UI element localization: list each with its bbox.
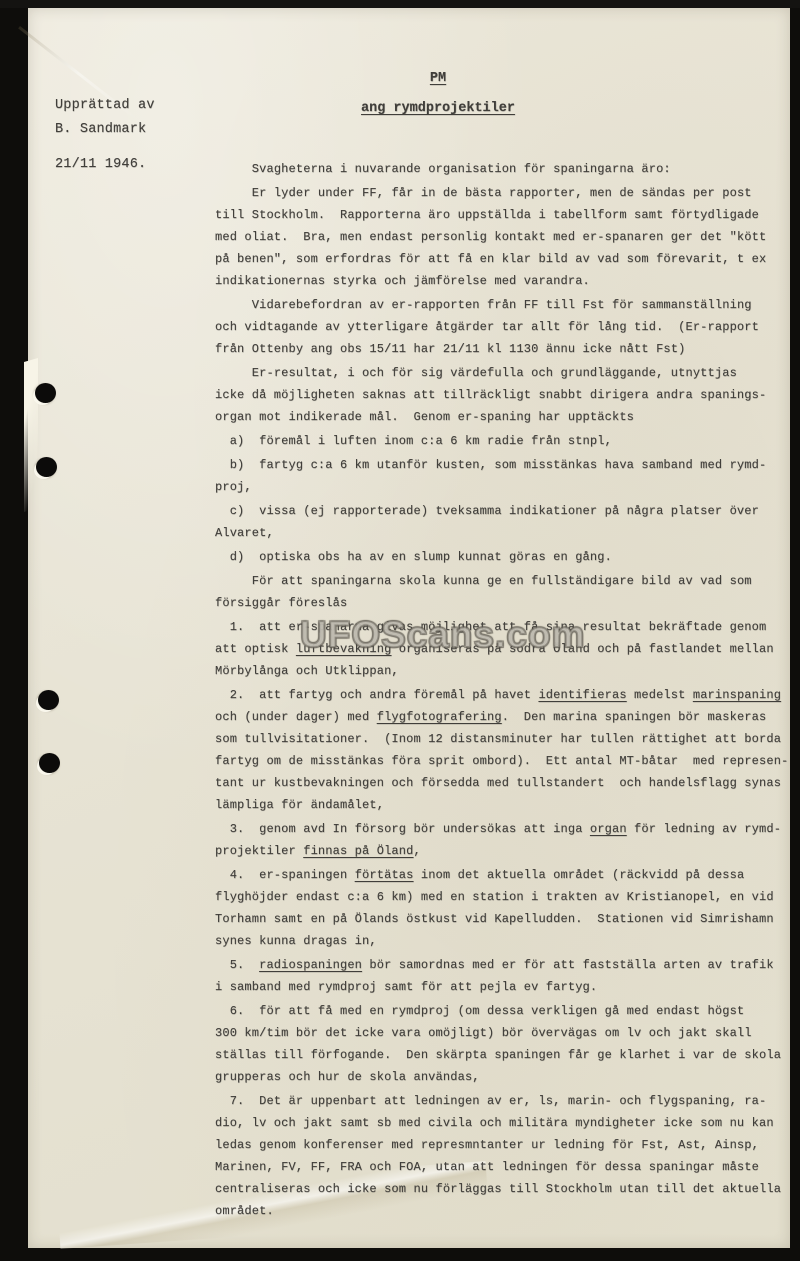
paper-tear [24, 358, 38, 512]
text-run: 4. er-spaningen [215, 868, 355, 882]
paragraph: 7. Det är uppenbart att ledningen av er,… [215, 1090, 800, 1222]
underlined-text: förtätas [355, 868, 414, 882]
scan-background: { "header": { "prepared_by_label": "Uppr… [0, 0, 800, 1261]
text-run: medelst [627, 688, 693, 702]
punch-hole [36, 457, 57, 477]
underlined-text: radiospaningen [259, 958, 362, 972]
document-date: 21/11 1946. [55, 153, 155, 177]
text-run: 5. [215, 958, 259, 972]
text-run: Er lyder under FF, får in de bästa rappo… [215, 186, 766, 288]
text-run: c) vissa (ej rapporterade) tveksamma ind… [215, 504, 759, 540]
text-run: b) fartyg c:a 6 km utanför kusten, som m… [215, 458, 766, 494]
scanned-page: Upprättad av B. Sandmark 21/11 1946. PM … [28, 8, 790, 1248]
text-run: d) optiska obs ha av en slump kunnat gör… [215, 550, 612, 564]
text-run: a) föremål i luften inom c:a 6 km radie … [215, 434, 612, 448]
document-title: PM [430, 71, 446, 86]
prepared-by-block: Upprättad av B. Sandmark 21/11 1946. [55, 94, 155, 177]
prepared-by-name: B. Sandmark [55, 118, 155, 142]
text-run: 7. Det är uppenbart att ledningen av er,… [215, 1094, 781, 1218]
underlined-text: organ [590, 822, 627, 836]
text-run: 6. för att få med en rymdproj (om dessa … [215, 1004, 781, 1084]
paragraph: 5. radiospaningen bör samordnas med er f… [215, 954, 800, 998]
title-block: PM ang rymdprojektiler [308, 70, 568, 118]
document-body: Svagheterna i nuvarande organisation för… [215, 158, 800, 1224]
paragraph: d) optiska obs ha av en slump kunnat gör… [215, 546, 800, 568]
paragraph: 6. för att få med en rymdproj (om dessa … [215, 1000, 800, 1088]
document-subtitle: ang rymdprojektiler [361, 101, 515, 116]
paragraph: För att spaningarna skola kunna ge en fu… [215, 570, 800, 614]
text-run: 3. genom avd In försorg bör undersökas a… [215, 822, 590, 836]
underlined-text: marinspaning [693, 688, 781, 702]
punch-hole [35, 383, 56, 403]
text-run: . Den marina spaningen bör maskeras som … [215, 710, 788, 812]
text-run: 2. att fartyg och andra föremål på havet [215, 688, 538, 702]
text-run: Er-resultat, i och för sig värdefulla oc… [215, 366, 766, 424]
paragraph: b) fartyg c:a 6 km utanför kusten, som m… [215, 454, 800, 498]
text-run: Vidarebefordran av er-rapporten från FF … [215, 298, 759, 356]
text-run: För att spaningarna skola kunna ge en fu… [215, 574, 752, 610]
paragraph: 4. er-spaningen förtätas inom det aktuel… [215, 864, 800, 952]
text-run: och (under dager) med [215, 710, 377, 724]
underlined-text: identifieras [538, 688, 626, 702]
underlined-text: finnas på Öland [303, 844, 413, 858]
paragraph: Vidarebefordran av er-rapporten från FF … [215, 294, 800, 360]
prepared-by-label: Upprättad av [55, 94, 155, 118]
paragraph: Er-resultat, i och för sig värdefulla oc… [215, 362, 800, 428]
paragraph: a) föremål i luften inom c:a 6 km radie … [215, 430, 800, 452]
paragraph: 2. att fartyg och andra föremål på havet… [215, 684, 800, 816]
scan-border-top [0, 0, 800, 8]
paragraph: Svagheterna i nuvarande organisation för… [215, 158, 800, 180]
paragraph: Er lyder under FF, får in de bästa rappo… [215, 182, 800, 292]
text-run: , [414, 844, 421, 858]
paragraph: c) vissa (ej rapporterade) tveksamma ind… [215, 500, 800, 544]
punch-hole [38, 690, 59, 710]
punch-hole [39, 753, 60, 773]
paragraph: 3. genom avd In försorg bör undersökas a… [215, 818, 800, 862]
text-run: Svagheterna i nuvarande organisation för… [215, 162, 671, 176]
watermark-text: UFOScans.com [300, 614, 585, 656]
underlined-text: flygfotografering [377, 710, 502, 724]
